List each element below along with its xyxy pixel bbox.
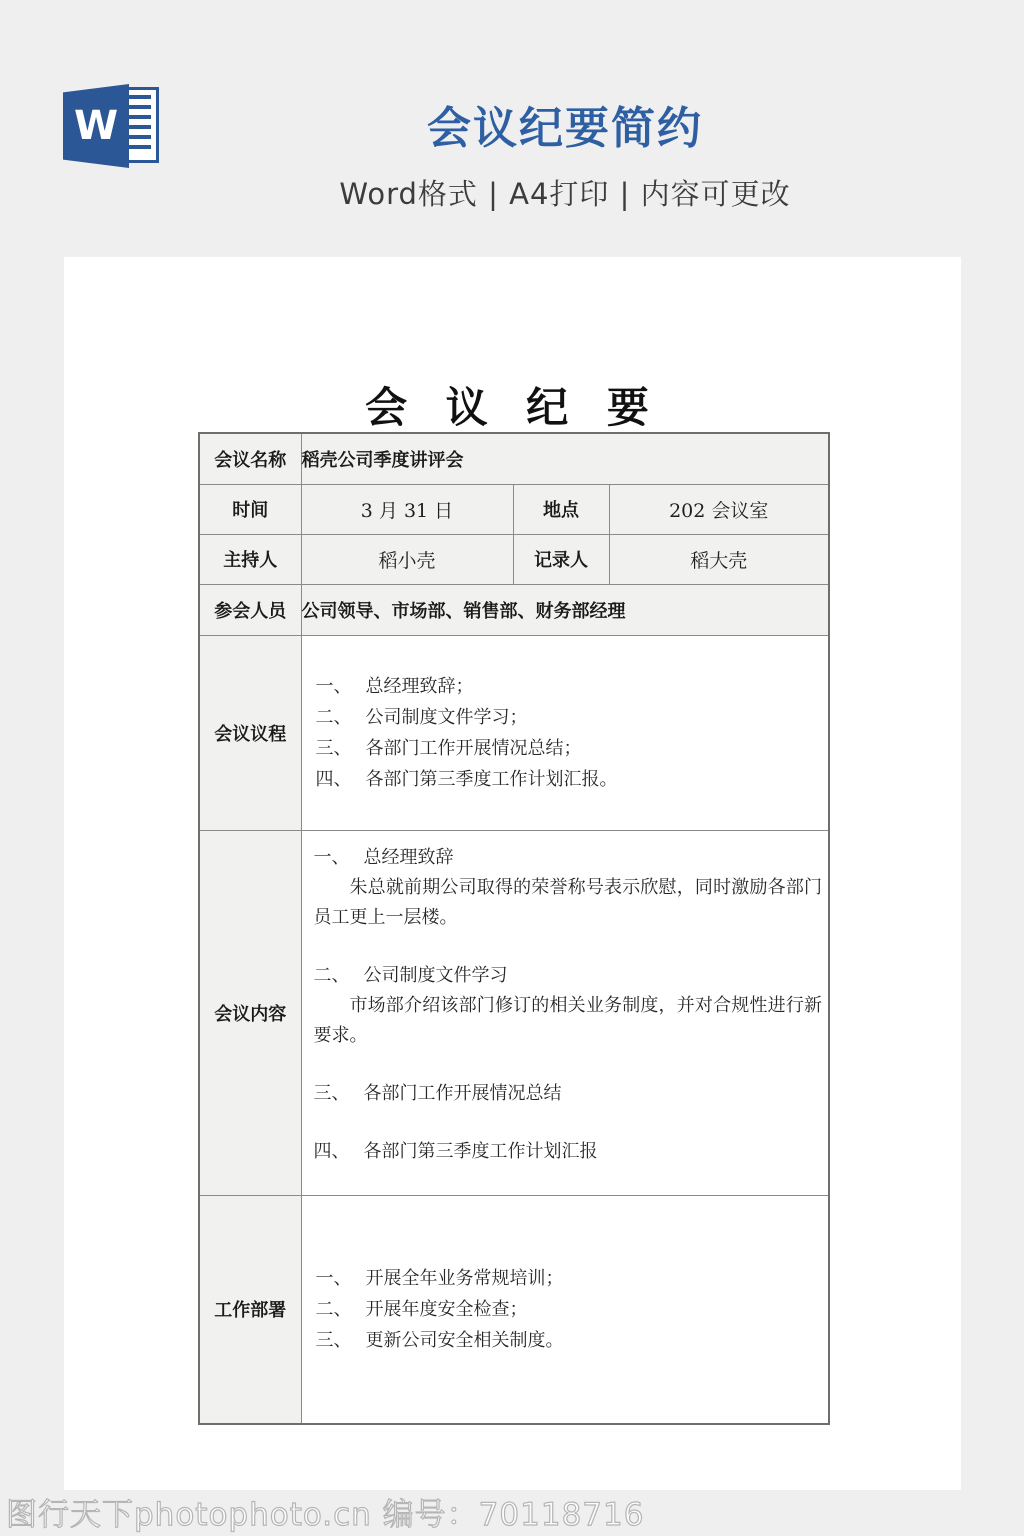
agenda-item: 三、各部门工作开展情况总结； xyxy=(316,733,829,764)
deployment-label: 工作部署 xyxy=(199,1195,301,1424)
row-content: 会议内容 一、总经理致辞 朱总就前期公司取得的荣誉称号表示欣慰，同时激励各部门员… xyxy=(199,830,829,1195)
agenda-label: 会议议程 xyxy=(199,635,301,830)
deployment-cell: 一、开展全年业务常规培训； 二、开展年度安全检查； 三、更新公司安全相关制度。 xyxy=(301,1195,829,1424)
attendees-value: 公司领导、市场部、销售部、财务部经理 xyxy=(301,584,829,635)
deployment-item: 三、更新公司安全相关制度。 xyxy=(316,1325,829,1356)
deployment-item: 一、开展全年业务常规培训； xyxy=(316,1263,829,1294)
location-label: 地点 xyxy=(513,484,609,534)
template-title: 会议纪要简约 xyxy=(107,92,1023,156)
recorder-value: 稻大壳 xyxy=(609,534,829,584)
template-subtitle: Word格式 | A4打印 | 内容可更改 xyxy=(107,172,1023,213)
banner: W 会议纪要简约 Word格式 | A4打印 | 内容可更改 xyxy=(0,0,1024,256)
agenda-item: 一、总经理致辞； xyxy=(316,671,829,702)
word-file-icon: W xyxy=(63,84,159,168)
document-title: 会 议 纪 要 xyxy=(198,375,828,435)
site-watermark: 图行天下photophoto.cn 编号：70118716 xyxy=(6,1489,644,1534)
agenda-item: 二、公司制度文件学习； xyxy=(316,702,829,733)
deployment-item: 二、开展年度安全检查； xyxy=(316,1294,829,1325)
meeting-name-label: 会议名称 xyxy=(199,433,301,484)
row-deployment: 工作部署 一、开展全年业务常规培训； 二、开展年度安全检查； 三、更新公司安全相… xyxy=(199,1195,829,1424)
content-label: 会议内容 xyxy=(199,830,301,1195)
meeting-name-value: 稻壳公司季度讲评会 xyxy=(301,433,829,484)
content-item: 一、总经理致辞 朱总就前期公司取得的荣誉称号表示欣慰，同时激励各部门员工更上一层… xyxy=(314,843,823,933)
row-meeting-name: 会议名称 稻壳公司季度讲评会 xyxy=(199,433,829,484)
content-cell: 一、总经理致辞 朱总就前期公司取得的荣誉称号表示欣慰，同时激励各部门员工更上一层… xyxy=(301,830,829,1195)
word-icon-flag: W xyxy=(63,84,129,168)
agenda-item: 四、各部门第三季度工作计划汇报。 xyxy=(316,764,829,795)
attendees-label: 参会人员 xyxy=(199,584,301,635)
template-preview: W 会议纪要简约 Word格式 | A4打印 | 内容可更改 会 议 纪 要 会… xyxy=(0,0,1024,1536)
banner-text: 会议纪要简约 Word格式 | A4打印 | 内容可更改 xyxy=(107,0,1023,213)
word-icon-letter: W xyxy=(74,103,118,149)
row-attendees: 参会人员 公司领导、市场部、销售部、财务部经理 xyxy=(199,584,829,635)
row-time-location: 时间 3 月 31 日 地点 202 会议室 xyxy=(199,484,829,534)
document-page: 会 议 纪 要 会议名称 稻壳公司季度讲评会 时间 3 月 31 日 地点 20… xyxy=(64,257,961,1490)
location-value: 202 会议室 xyxy=(609,484,829,534)
time-label: 时间 xyxy=(199,484,301,534)
content-item: 四、各部门第三季度工作计划汇报 xyxy=(314,1137,823,1167)
row-agenda: 会议议程 一、总经理致辞； 二、公司制度文件学习； 三、各部门工作开展情况总结；… xyxy=(199,635,829,830)
meeting-minutes-table: 会议名称 稻壳公司季度讲评会 时间 3 月 31 日 地点 202 会议室 主持… xyxy=(198,432,830,1425)
recorder-label: 记录人 xyxy=(513,534,609,584)
time-value: 3 月 31 日 xyxy=(301,484,513,534)
row-host-recorder: 主持人 稻小壳 记录人 稻大壳 xyxy=(199,534,829,584)
content-item: 二、公司制度文件学习 市场部介绍该部门修订的相关业务制度，并对合规性进行新要求。 xyxy=(314,961,823,1051)
host-label: 主持人 xyxy=(199,534,301,584)
agenda-cell: 一、总经理致辞； 二、公司制度文件学习； 三、各部门工作开展情况总结； 四、各部… xyxy=(301,635,829,830)
host-value: 稻小壳 xyxy=(301,534,513,584)
content-item: 三、各部门工作开展情况总结 xyxy=(314,1079,823,1109)
